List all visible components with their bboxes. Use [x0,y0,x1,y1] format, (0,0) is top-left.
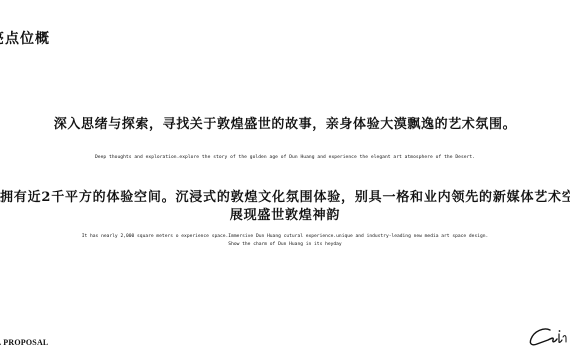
headline-en: Deep thoughts and exploration.explore th… [0,155,570,160]
footer-label: L PROPOSAL [0,338,48,347]
paragraph-en: It has nearly 2,000 square meters o expe… [0,233,570,249]
headline-cn: 深入思绪与探索，寻找关于敦煌盛世的故事，亲身体验大漠飘逸的艺术氛围。 [0,113,570,132]
paragraph-cn-line-2: 展现盛世敦煌神韵 [0,207,570,225]
paragraph-cn: 拥有近2千平方的体验空间。沉浸式的敦煌文化氛围体验，别具一格和业内领先的新媒体艺… [0,189,570,225]
page-title: 亮点位概 [0,28,50,48]
paragraph-cn-line-1: 拥有近2千平方的体验空间。沉浸式的敦煌文化氛围体验，别具一格和业内领先的新媒体艺… [0,189,570,207]
signature-logo-icon [528,325,570,349]
paragraph-en-line-2: Show the charm of Dun Huang in its heyda… [0,241,570,249]
paragraph-en-line-1: It has nearly 2,000 square meters o expe… [0,233,570,241]
